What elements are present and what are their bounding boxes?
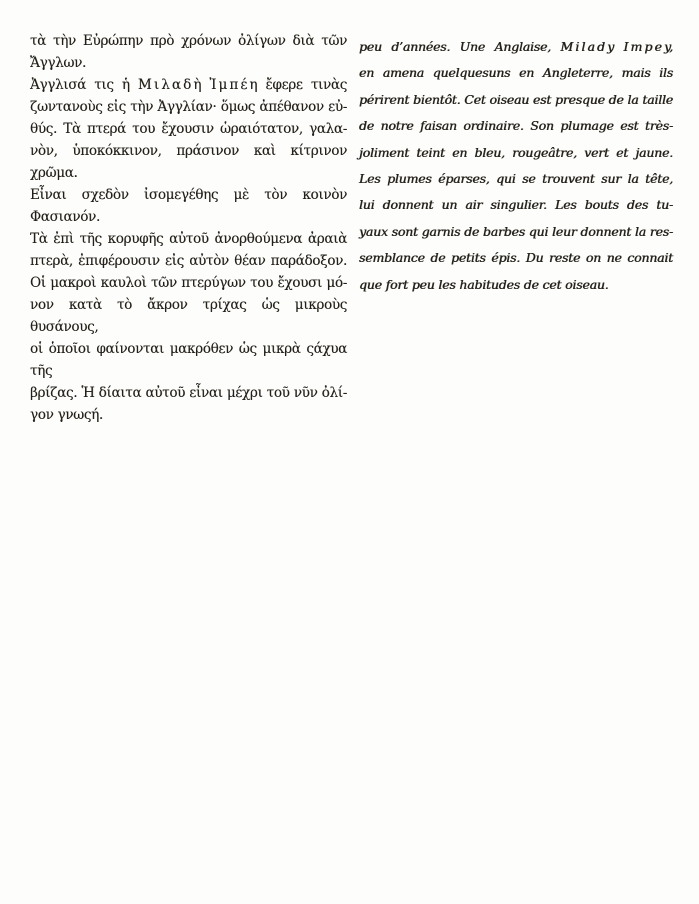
text-line: πτερὰ, ἐπιφέρουσιν εἰς αὐτὸν θέαν παράδο…	[30, 250, 347, 272]
text-line: joliment teint en bleu, rougeâtre, vert …	[359, 140, 673, 166]
text-line: γον γνωςή.	[30, 404, 347, 426]
text-line: Τὰ ἐπὶ τῆς κορυφῆς αὐτοῦ ἀνορθούμενα ἀρα…	[30, 228, 347, 250]
french-text-column: peu d’années. Une Anglaise, M i l a d y …	[359, 34, 673, 298]
text-line: θύς. Τὰ πτερά του ἔχουσιν ὡραιότατον, γα…	[30, 118, 347, 140]
text-line: Ἀγγλισά τις ἡ Μ ι λ α δ ὴ Ἰ μ π έ η ἔφερ…	[30, 74, 347, 96]
text-line: νον κατὰ τὸ ἄκρον τρίχας ὡς μικροὺς θυσά…	[30, 294, 347, 338]
text-line: Les plumes éparses, qui se trouvent sur …	[359, 166, 673, 192]
text-line: que fort peu les habitudes de cet oiseau…	[359, 272, 673, 298]
text-line: semblance de petits épis. Du reste on ne…	[359, 245, 673, 271]
greek-text-column: τὰ τὴν Εὐρώπην πρὸ χρόνων ὀλίγων διὰ τῶν…	[30, 30, 347, 426]
text-line: de notre faisan ordinaire. Son plumage e…	[359, 113, 673, 139]
text-line: lui donnent un air singulier. Les bouts …	[359, 192, 673, 218]
text-line: périrent bientôt. Cet oiseau est presque…	[359, 87, 673, 113]
text-line: yaux sont garnis de barbes qui leur donn…	[359, 219, 673, 245]
text-line: οἱ ὁποῖοι φαίνονται μακρόθεν ὡς μικρὰ ςά…	[30, 338, 347, 382]
text-line: Οἱ μακροὶ καυλοὶ τῶν πτερύγων του ἔχουσι…	[30, 272, 347, 294]
text-line: νὸν, ὑποκόκκινον, πράσινον καὶ κίτρινον …	[30, 140, 347, 184]
text-line: en amena quelquesuns en Angleterre, mais…	[359, 60, 673, 86]
text-line: βρίζας. Ἡ δίαιτα αὐτοῦ εἶναι μέχρι τοῦ ν…	[30, 382, 347, 404]
text-line: Εἶναι σχεδὸν ἰσομεγέθης μὲ τὸν κοινὸν Φα…	[30, 184, 347, 228]
book-page-scan: τὰ τὴν Εὐρώπην πρὸ χρόνων ὀλίγων διὰ τῶν…	[0, 0, 699, 904]
text-line: τὰ τὴν Εὐρώπην πρὸ χρόνων ὀλίγων διὰ τῶν…	[30, 30, 347, 74]
text-line: peu d’années. Une Anglaise, M i l a d y …	[359, 34, 673, 60]
text-line: ζωντανοὺς εἰς τὴν Ἀγγλίαν· ὅμως ἀπέθανον…	[30, 96, 347, 118]
